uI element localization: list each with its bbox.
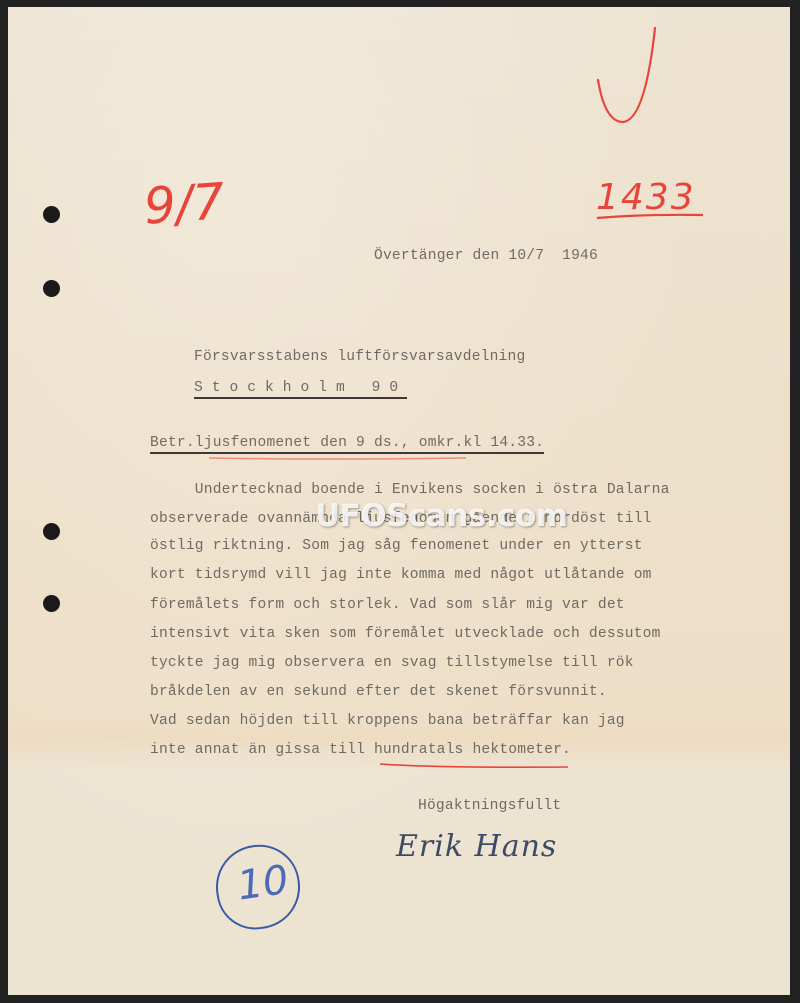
red-underline <box>208 456 468 462</box>
body-line: föremålets form och storlek. Vad som slå… <box>150 597 625 613</box>
circled-number-text: 10 <box>235 857 292 910</box>
place-date: Övertänger den 10/7 1946 <box>374 248 598 264</box>
signature: Erik Hans <box>396 829 557 864</box>
body-line: bråkdelen av en sekund efter det skenet … <box>150 684 607 700</box>
punch-hole <box>43 280 60 297</box>
recipient-line-1: Försvarsstabens luftförsvarsavdelning <box>194 349 525 365</box>
red-reference-number: 1433 <box>596 177 696 218</box>
recipient-line-2: Stockholm 90 <box>194 380 407 399</box>
red-date-annotation: 9/7 <box>142 172 226 235</box>
body-line: kort tidsrymd vill jag inte komma med nå… <box>150 567 652 583</box>
closing: Högaktningsfullt <box>418 798 561 814</box>
body-line: intensivt vita sken som föremålet utveck… <box>150 626 661 642</box>
body-line: Undertecknad boende i Envikens socken i … <box>150 482 670 498</box>
body-line: tyckte jag mig observera en svag tillsty… <box>150 655 634 671</box>
document-page: 1433 9/7 Övertänger den 10/7 1946 Försva… <box>8 7 790 995</box>
body-line: Vad sedan höjden till kroppens bana betr… <box>150 713 625 729</box>
red-checkmark-icon <box>593 20 673 130</box>
punch-hole <box>43 523 60 540</box>
body-line: östlig riktning. Som jag såg fenomenet u… <box>150 538 643 554</box>
punch-hole <box>43 206 60 223</box>
red-underline <box>596 213 706 221</box>
body-line: inte annat än gissa till hundratals hekt… <box>150 742 571 758</box>
punch-hole <box>43 595 60 612</box>
red-underline <box>378 762 578 770</box>
subject-line: Betr.ljusfenomenet den 9 ds., omkr.kl 14… <box>150 435 544 454</box>
blue-circled-number: 10 <box>211 840 306 935</box>
watermark: UFOScans.com <box>315 498 568 534</box>
